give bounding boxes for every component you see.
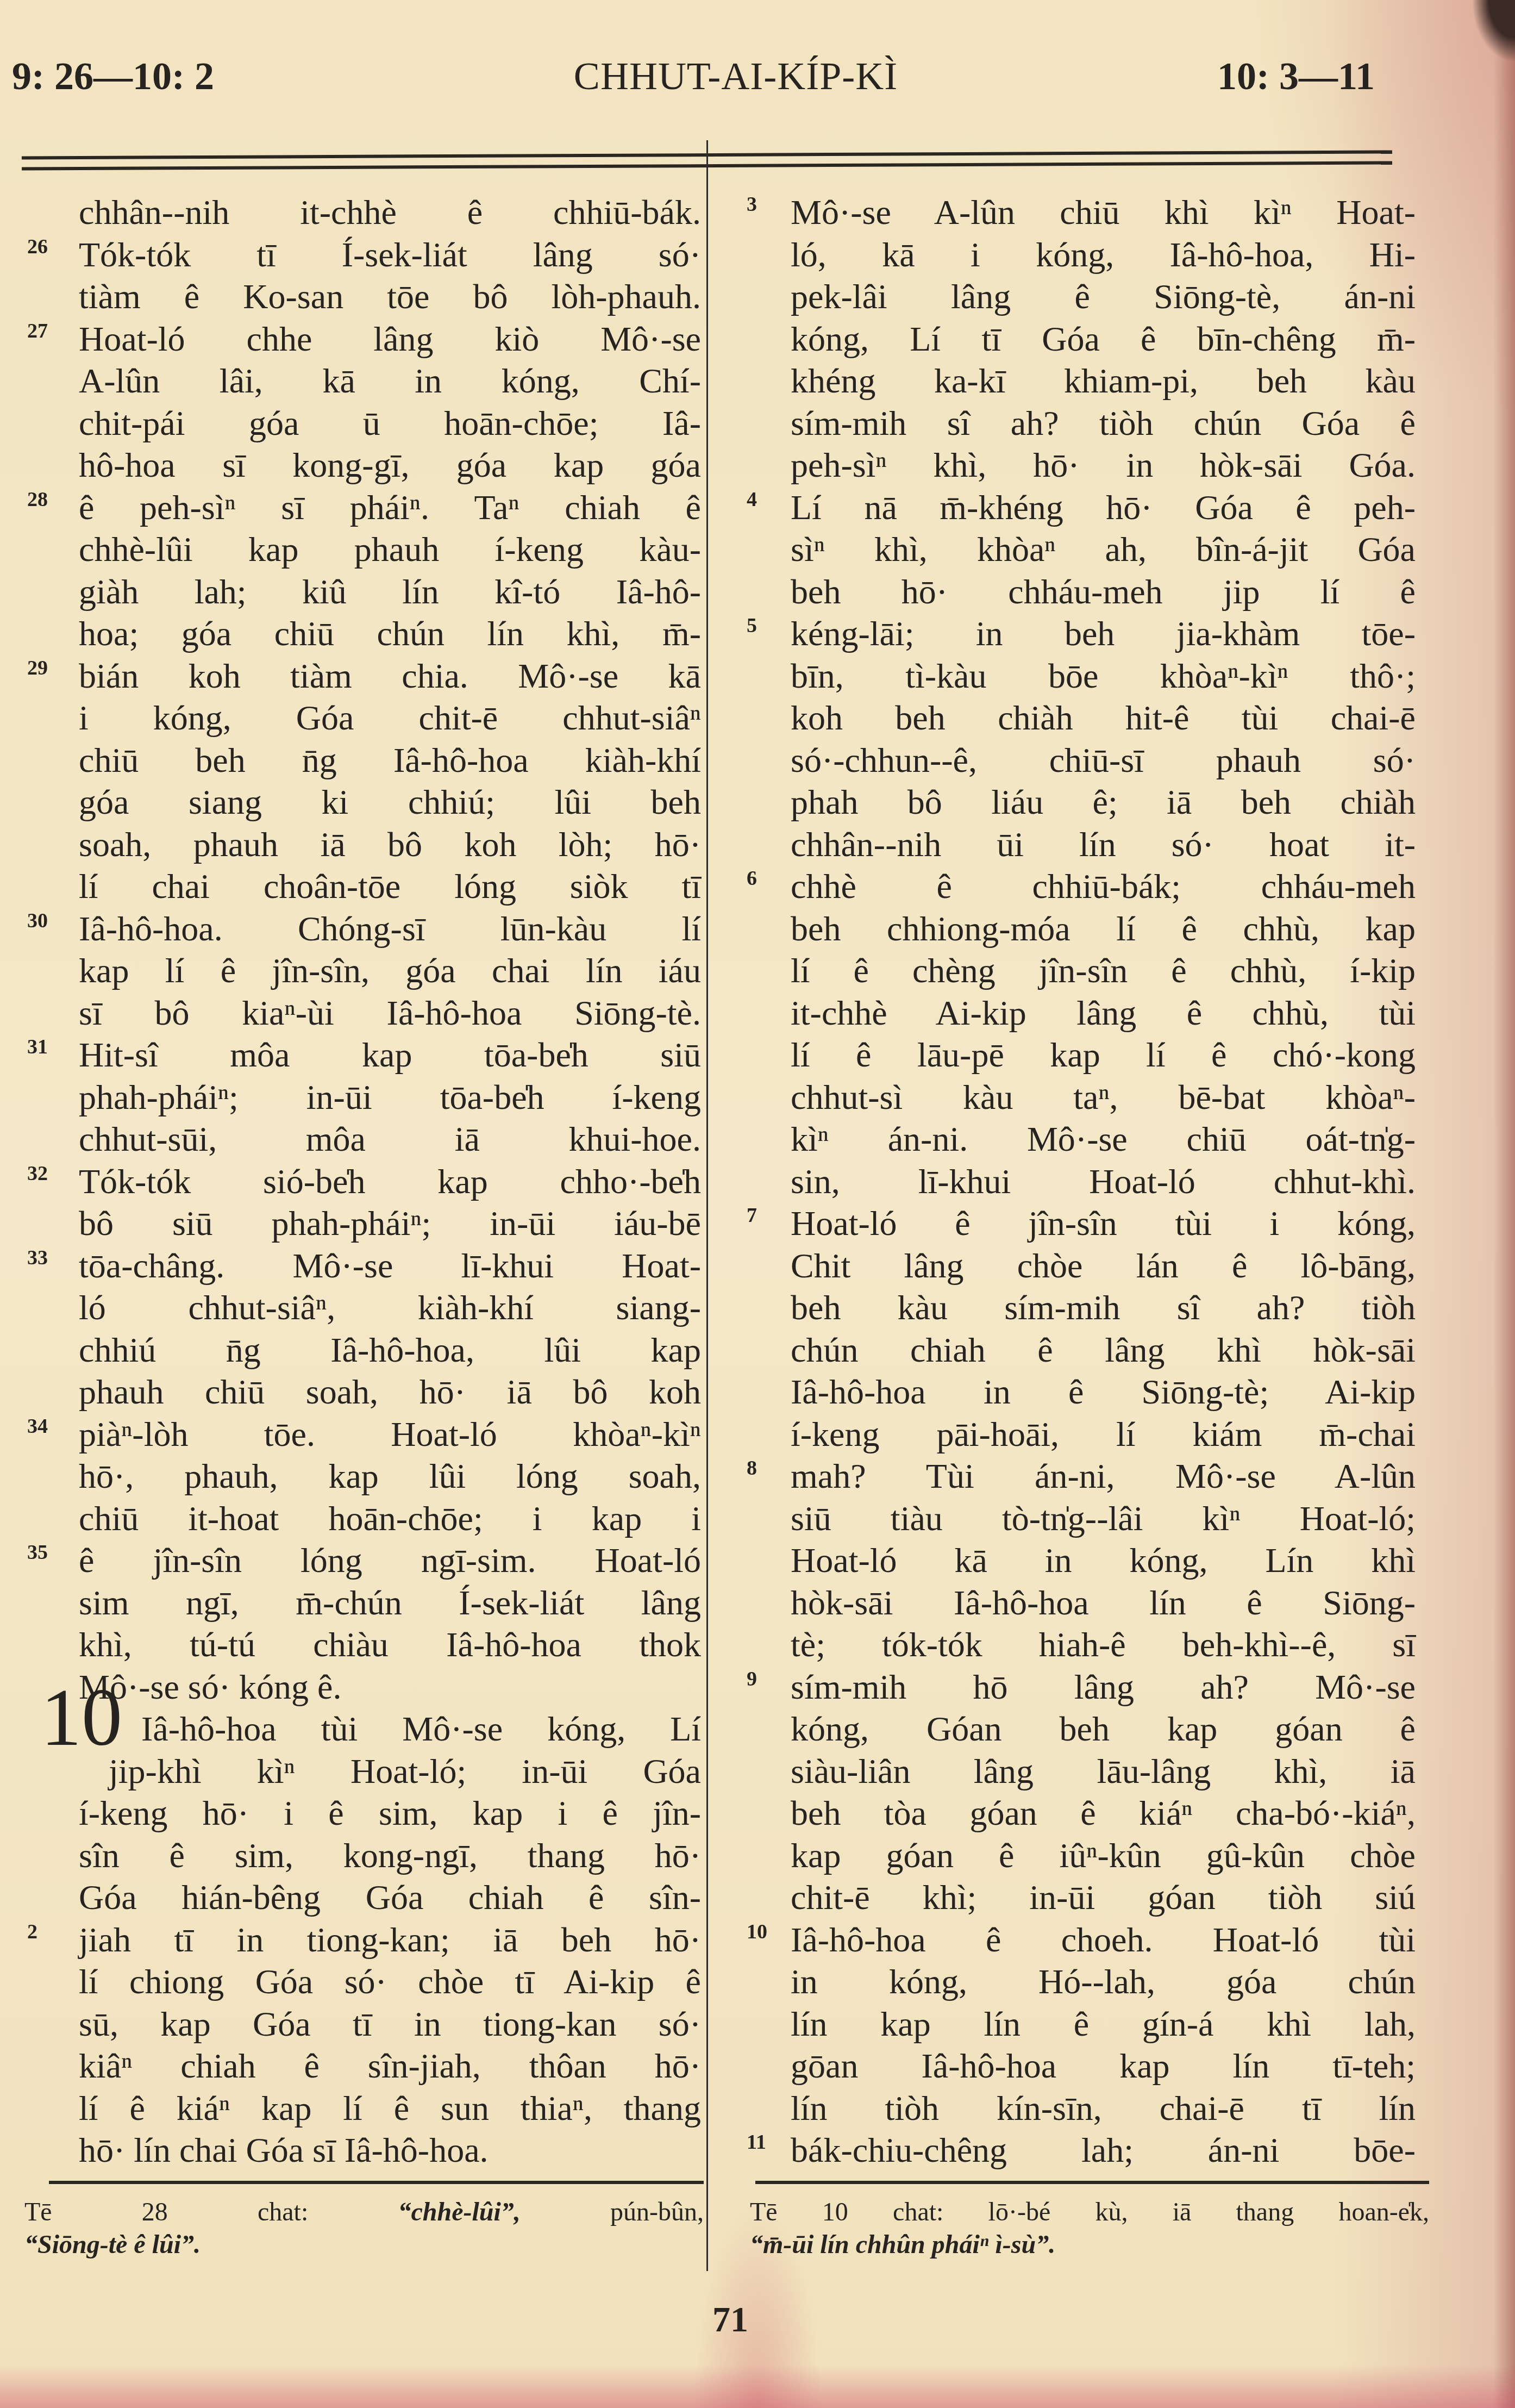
text-line: soah, phauh iā bô koh lòh; hō·	[0, 824, 704, 866]
verse-number: 27	[27, 310, 48, 353]
text-line: 8mah? Tùi án-ni, Mô·-se A-lûn	[712, 1455, 1418, 1498]
footnote-rule-right	[755, 2181, 1429, 2184]
verse-text: peh-sìⁿ khì, hō· in hòk-sāi Góa.	[791, 444, 1416, 486]
text-line: 4Lí nā m̄-khéng hō· Góa ê peh-	[712, 486, 1418, 529]
verse-text: sím-mih hō lâng ah? Mô·-se	[791, 1666, 1416, 1708]
text-line: Iâ-hô-hoa in ê Siōng-tè; Ai-kip	[712, 1371, 1418, 1413]
left-column: chhân--nih it-chhè ê chhiū-bák.26Tók-tók…	[0, 191, 704, 2172]
text-line: sim ngī, m̄-chún Í-sek-liát lâng	[0, 1582, 704, 1624]
verse-text: chiū beh n̄g Iâ-hô-hoa kiàh-khí	[79, 739, 701, 782]
footnote-right-line-1: Tē 10 chat: lō·-bé kù, iā thang hoan-e̍k…	[750, 2196, 1429, 2229]
text-line: 35ê jîn-sîn lóng ngī-sim. Hoat-ló	[0, 1539, 704, 1582]
verse-number: 33	[27, 1237, 48, 1280]
verse-text: hô-hoa sī kong-gī, góa kap góa	[79, 444, 701, 486]
text-line: lí ê chèng jîn-sîn ê chhù, í-kip	[712, 950, 1418, 992]
text-line: phauh chiū soah, hō· iā bô koh	[0, 1371, 704, 1413]
text-line: tè; tók-tók hiah-ê beh-khì--ê, sī	[712, 1624, 1418, 1666]
text-line: kap lí ê jîn-sîn, góa chai lín iáu	[0, 950, 704, 992]
footnote-right: Tē 10 chat: lō·-bé kù, iā thang hoan-e̍k…	[750, 2196, 1429, 2261]
right-column: 3Mô·-se A-lûn chiū khì kìⁿ Hoat-ló, kā i…	[712, 191, 1418, 2172]
verse-number: 35	[27, 1532, 48, 1574]
text-line: 33tōa-châng. Mô·-se lī-khui Hoat-	[0, 1245, 704, 1287]
verse-text: Chit lâng chòe lán ê lô-bāng,	[791, 1245, 1416, 1287]
verse-text: Mô·-se só· kóng ê.	[79, 1666, 701, 1708]
page-number-text: 71	[712, 2300, 748, 2340]
text-line: sîn ê sim, kong-ngī, thang hō·	[0, 1835, 704, 1877]
verse-number: 10	[747, 1911, 767, 1954]
text-line: lí chai choân-tōe lóng siòk tī	[0, 865, 704, 908]
text-line: lí ê kiáⁿ kap lí ê sun thiaⁿ, thang	[0, 2087, 704, 2130]
text-line: chún chiah ê lâng khì hòk-sāi	[712, 1329, 1418, 1371]
verse-text: soah, phauh iā bô koh lòh; hō·	[79, 824, 701, 866]
text-line: 7Hoat-ló ê jîn-sîn tùi i kóng,	[712, 1202, 1418, 1245]
text-line: ló chhut-siâⁿ, kiàh-khí siang-	[0, 1287, 704, 1329]
text-line: sī bô kiaⁿ-ùi Iâ-hô-hoa Siōng-tè.	[0, 992, 704, 1034]
text-line: hô-hoa sī kong-gī, góa kap góa	[0, 444, 704, 486]
text-line: chit-ē khì; in-ūi góan tiòh siú	[712, 1876, 1418, 1919]
verse-text: sîn ê sim, kong-ngī, thang hō·	[79, 1835, 701, 1877]
text-line: i kóng, Góa chit-ē chhut-siâⁿ	[0, 697, 704, 739]
verse-text: Iâ-hô-hoa tùi Mô·-se kóng, Lí	[141, 1708, 701, 1750]
verse-text: kóng, Lí tī Góa ê bīn-chêng m̄-	[791, 318, 1416, 360]
verse-text: bô siū phah-pháiⁿ; in-ūi iáu-bē	[79, 1202, 701, 1245]
verse-text: mah? Tùi án-ni, Mô·-se A-lûn	[791, 1455, 1416, 1498]
text-line: kap góan ê iûⁿ-kûn gû-kûn chòe	[712, 1835, 1418, 1877]
text-line: chiū beh n̄g Iâ-hô-hoa kiàh-khí	[0, 739, 704, 782]
verse-text: beh tòa góan ê kiáⁿ cha-bó·-kiáⁿ,	[791, 1792, 1416, 1835]
text-line: beh kàu sím-mih sî ah? tiòh	[712, 1287, 1418, 1329]
verse-text: kap góan ê iûⁿ-kûn gû-kûn chòe	[791, 1835, 1416, 1877]
verse-text: giàh lah; kiû lín kî-tó Iâ-hô-	[79, 571, 701, 613]
verse-text: chhè ê chhiū-bák; chháu-meh	[791, 865, 1416, 908]
verse-text: chiū it-hoat hoān-chōe; i kap i	[79, 1498, 701, 1540]
verse-text: bák-chiu-chêng lah; án-ni bōe-	[791, 2129, 1416, 2172]
verse-text: kap lí ê jîn-sîn, góa chai lín iáu	[79, 950, 701, 992]
chapter-number-drop: 10	[41, 1677, 122, 1758]
text-line: lí chiong Góa só· chòe tī Ai-kip ê	[0, 1961, 704, 2003]
verse-text: chit-ē khì; in-ūi góan tiòh siú	[791, 1876, 1416, 1919]
verse-text: lín kap lín ê gín-á khì lah,	[791, 2003, 1416, 2045]
verse-text: Hoat-ló kā in kóng, Lín khì	[791, 1539, 1416, 1582]
footnote-gloss: “m̄-ūi lín chhûn pháiⁿ ì-sù”.	[750, 2230, 1055, 2259]
verse-text: ló chhut-siâⁿ, kiàh-khí siang-	[79, 1287, 701, 1329]
text-line: 5kéng-lāi; in beh jia-khàm tōe-	[712, 613, 1418, 655]
text-line: beh tòa góan ê kiáⁿ cha-bó·-kiáⁿ,	[712, 1792, 1418, 1835]
verse-text: i kóng, Góa chit-ē chhut-siâⁿ	[79, 697, 701, 739]
text-line: 34piàⁿ-lòh tōe. Hoat-ló khòaⁿ-kìⁿ	[0, 1413, 704, 1456]
verse-text: góa siang ki chhiú; lûi beh	[79, 781, 701, 824]
verse-number: 34	[27, 1406, 48, 1448]
text-line: chiū it-hoat hoān-chōe; i kap i	[0, 1498, 704, 1540]
text-line: chhân--nih ūi lín só· hoat it-	[712, 824, 1418, 866]
verse-number: 28	[27, 479, 48, 521]
verse-text: chhiú n̄g Iâ-hô-hoa, lûi kap	[79, 1329, 701, 1371]
text-line: 26Tók-tók tī Í-sek-liát lâng só·	[0, 234, 704, 276]
verse-text: ló, kā i kóng, Iâ-hô-hoa, Hi-	[791, 234, 1416, 276]
text-line: in kóng, Hó--lah, góa chún	[712, 1961, 1418, 2003]
verse-text: chhut-sūi, môa iā khui-hoe.	[79, 1118, 701, 1161]
text-line: tiàm ê Ko-san tōe bô lòh-phauh.	[0, 276, 704, 318]
scanned-page: 9: 26—10: 2 CHHUT-AI-KÍP-KÌ 10: 3—11 chh…	[0, 0, 1515, 2408]
verse-number: 32	[27, 1153, 48, 1195]
text-line: giàh lah; kiû lín kî-tó Iâ-hô-	[0, 571, 704, 613]
verse-text: tè; tók-tók hiah-ê beh-khì--ê, sī	[791, 1624, 1416, 1666]
verse-text: bīn, tì-kàu bōe khòaⁿ-kìⁿ thô·;	[791, 655, 1416, 697]
verse-text: Lí nā m̄-khéng hō· Góa ê peh-	[791, 486, 1416, 529]
text-line: chhiú n̄g Iâ-hô-hoa, lûi kap	[0, 1329, 704, 1371]
text-line: chit-pái góa ū hoān-chōe; Iâ-	[0, 402, 704, 445]
text-line: só·-chhun--ê, chiū-sī phauh só·	[712, 739, 1418, 782]
verse-text: Tók-tók tī Í-sek-liát lâng só·	[79, 234, 701, 276]
verse-text: Iâ-hô-hoa. Chóng-sī lūn-kàu lí	[79, 908, 701, 950]
verse-text: Tók-tók sió-be̍h kap chho·-be̍h	[79, 1161, 701, 1203]
verse-text: lí chai choân-tōe lóng siòk tī	[79, 865, 701, 908]
verse-text: lí ê kiáⁿ kap lí ê sun thiaⁿ, thang	[79, 2087, 701, 2130]
footnote-term: “chhè-lûi”,	[398, 2198, 520, 2226]
verse-text: lí ê lāu-pē kap lí ê chó·-kong	[791, 1034, 1416, 1076]
verse-text: sī bô kiaⁿ-ùi Iâ-hô-hoa Siōng-tè.	[79, 992, 701, 1034]
verse-text: hòk-sāi Iâ-hô-hoa lín ê Siōng-	[791, 1582, 1416, 1624]
text-line: ló, kā i kóng, Iâ-hô-hoa, Hi-	[712, 234, 1418, 276]
text-line: 28ê peh-sìⁿ sī pháiⁿ. Taⁿ chiah ê	[0, 486, 704, 529]
verse-text: sim ngī, m̄-chún Í-sek-liát lâng	[79, 1582, 701, 1624]
text-line: chhut-sūi, môa iā khui-hoe.	[0, 1118, 704, 1161]
running-head-right-range: 10: 3—11	[1217, 52, 1375, 101]
text-line: 6chhè ê chhiū-bák; chháu-meh	[712, 865, 1418, 908]
verse-number: 5	[747, 605, 757, 647]
verse-text: Hit-sî môa kap tōa-be̍h siū	[79, 1034, 701, 1076]
text-line: 2jiah tī in tiong-kan; iā beh hō·	[0, 1919, 704, 1961]
verse-text: hoa; góa chiū chún lín khì, m̄-	[79, 613, 701, 655]
verse-text: sin, lī-khui Hoat-ló chhut-khì.	[791, 1161, 1416, 1203]
footnote-ref: Tē 28 chat:	[24, 2198, 308, 2226]
verse-text: kóng, Góan beh kap góan ê	[791, 1708, 1416, 1750]
verse-text: pek-lâi lâng ê Siōng-tè, án-ni	[791, 276, 1416, 318]
book-title: CHHUT-AI-KÍP-KÌ	[574, 52, 898, 101]
text-line: 27Hoat-ló chhe lâng kiò Mô·-se	[0, 318, 704, 360]
verse-text: chhut-sì kàu taⁿ, bē-bat khòaⁿ-	[791, 1076, 1416, 1119]
footnote-gloss: “Siōng-tè ê lûi”.	[24, 2230, 201, 2259]
verse-text: sū, kap Góa tī in tiong-kan só·	[79, 2003, 701, 2045]
verse-text: siàu-liân lâng lāu-lâng khì, iā	[791, 1750, 1416, 1793]
text-line: phah-pháiⁿ; in-ūi tōa-be̍h í-keng	[0, 1076, 704, 1119]
verse-text: sím-mih sî ah? tiòh chún Góa ê	[791, 402, 1416, 445]
text-line: 11bák-chiu-chêng lah; án-ni bōe-	[712, 2129, 1418, 2172]
text-line: 3Mô·-se A-lûn chiū khì kìⁿ Hoat-	[712, 191, 1418, 234]
verse-text: in kóng, Hó--lah, góa chún	[791, 1961, 1416, 2003]
verse-text: í-keng hō· i ê sim, kap i ê jîn-	[79, 1792, 701, 1835]
text-line: 30Iâ-hô-hoa. Chóng-sī lūn-kàu lí	[0, 908, 704, 950]
verse-text: kéng-lāi; in beh jia-khàm tōe-	[791, 613, 1416, 655]
verse-number: 26	[27, 226, 48, 269]
verse-text: kiâⁿ chiah ê sîn-jiah, thôan hō·	[79, 2045, 701, 2087]
verse-number: 8	[747, 1448, 757, 1490]
text-line: khì, tú-tú chiàu Iâ-hô-hoa thok	[0, 1624, 704, 1666]
verse-text: Hoat-ló ê jîn-sîn tùi i kóng,	[791, 1202, 1416, 1245]
verse-text: chhân--nih it-chhè ê chhiū-bák.	[79, 191, 701, 234]
verse-text: jip-khì kìⁿ Hoat-ló; in-ūi Góa	[109, 1750, 701, 1793]
verse-number: 31	[27, 1026, 48, 1069]
text-line: 9sím-mih hō lâng ah? Mô·-se	[712, 1666, 1418, 1708]
footnote-left-line-1: Tē 28 chat: “chhè-lûi”, pún-bûn,	[24, 2196, 704, 2229]
column-divider	[706, 140, 708, 2271]
text-line: koh beh chiàh hit-ê tùi chai-ē	[712, 697, 1418, 739]
verse-text: sìⁿ khì, khòaⁿ ah, bîn-á-jit Góa	[791, 528, 1416, 571]
text-line: chhè-lûi kap phauh í-keng kàu-	[0, 528, 704, 571]
text-line: kìⁿ án-ni. Mô·-se chiū oát-tn̍g-	[712, 1118, 1418, 1161]
text-line: í-keng hō· i ê sim, kap i ê jîn-	[0, 1792, 704, 1835]
verse-text: hō· lín chai Góa sī Iâ-hô-hoa.	[79, 2129, 701, 2172]
text-line: lín tiòh kín-sīn, chai-ē tī lín	[712, 2087, 1418, 2130]
verse-text: khéng ka-kī khiam-pi, beh kàu	[791, 360, 1416, 402]
text-line: kóng, Lí tī Góa ê bīn-chêng m̄-	[712, 318, 1418, 360]
text-line: peh-sìⁿ khì, hō· in hòk-sāi Góa.	[712, 444, 1418, 486]
text-line: kiâⁿ chiah ê sîn-jiah, thôan hō·	[0, 2045, 704, 2087]
text-line: A-lûn lâi, kā in kóng, Chí-	[0, 360, 704, 402]
text-line: lí ê lāu-pē kap lí ê chó·-kong	[712, 1034, 1418, 1076]
verse-text: koh beh chiàh hit-ê tùi chai-ē	[791, 697, 1416, 739]
verse-number: 7	[747, 1195, 757, 1237]
text-line: phah bô liáu ê; iā beh chiàh	[712, 781, 1418, 824]
text-line: lín kap lín ê gín-á khì lah,	[712, 2003, 1418, 2045]
verse-text: phah bô liáu ê; iā beh chiàh	[791, 781, 1416, 824]
verse-text: A-lûn lâi, kā in kóng, Chí-	[79, 360, 701, 402]
verse-text: piàⁿ-lòh tōe. Hoat-ló khòaⁿ-kìⁿ	[79, 1413, 701, 1456]
footnote-text: pún-bûn,	[610, 2198, 704, 2226]
verse-text: chhân--nih ūi lín só· hoat it-	[791, 824, 1416, 866]
verse-text: ê peh-sìⁿ sī pháiⁿ. Taⁿ chiah ê	[79, 486, 701, 529]
verse-text: hō·, phauh, kap lûi lóng soah,	[79, 1455, 701, 1498]
text-line: pek-lâi lâng ê Siōng-tè, án-ni	[712, 276, 1418, 318]
verse-text: jiah tī in tiong-kan; iā beh hō·	[79, 1919, 701, 1961]
page-number: 71	[0, 2299, 1515, 2341]
verse-text: phah-pháiⁿ; in-ūi tōa-be̍h í-keng	[79, 1076, 701, 1119]
verse-text: kìⁿ án-ni. Mô·-se chiū oát-tn̍g-	[791, 1118, 1416, 1161]
verse-number: 9	[747, 1658, 757, 1701]
text-line: Chit lâng chòe lán ê lô-bāng,	[712, 1245, 1418, 1287]
text-line: 10Iâ-hô-hoa ê choeh. Hoat-ló tùi	[712, 1919, 1418, 1961]
text-line: sìⁿ khì, khòaⁿ ah, bîn-á-jit Góa	[712, 528, 1418, 571]
text-line: í-keng pāi-hoāi, lí kiám m̄-chai	[712, 1413, 1418, 1456]
verse-text: lín tiòh kín-sīn, chai-ē tī lín	[791, 2087, 1416, 2130]
verse-text: Mô·-se A-lûn chiū khì kìⁿ Hoat-	[791, 191, 1416, 234]
footnote-left-line-2: “Siōng-tè ê lûi”.	[24, 2229, 704, 2261]
text-line: sin, lī-khui Hoat-ló chhut-khì.	[712, 1161, 1418, 1203]
verse-text: phauh chiū soah, hō· iā bô koh	[79, 1371, 701, 1413]
verse-number: 4	[747, 479, 757, 521]
text-line: kóng, Góan beh kap góan ê	[712, 1708, 1418, 1750]
verse-number: 2	[27, 1911, 37, 1954]
text-line: khéng ka-kī khiam-pi, beh kàu	[712, 360, 1418, 402]
verse-text: chún chiah ê lâng khì hòk-sāi	[791, 1329, 1416, 1371]
verse-number: 6	[747, 858, 757, 900]
verse-text: gōan Iâ-hô-hoa kap lín tī-teh;	[791, 2045, 1416, 2087]
text-line: Góa hián-bêng Góa chiah ê sîn-	[0, 1876, 704, 1919]
verse-text: beh hō· chháu-meh jip lí ê	[791, 571, 1416, 613]
text-line: beh chhiong-móa lí ê chhù, kap	[712, 908, 1418, 950]
verse-text: Iâ-hô-hoa ê choeh. Hoat-ló tùi	[791, 1919, 1416, 1961]
text-line: beh hō· chháu-meh jip lí ê	[712, 571, 1418, 613]
verse-number: 3	[747, 184, 757, 226]
verse-number: 30	[27, 900, 48, 943]
verse-text: Góa hián-bêng Góa chiah ê sîn-	[79, 1876, 701, 1919]
verse-text: tiàm ê Ko-san tōe bô lòh-phauh.	[79, 276, 701, 318]
verse-text: beh kàu sím-mih sî ah? tiòh	[791, 1287, 1416, 1329]
verse-text: lí ê chèng jîn-sîn ê chhù, í-kip	[791, 950, 1416, 992]
verse-text: tōa-châng. Mô·-se lī-khui Hoat-	[79, 1245, 701, 1287]
text-line: bīn, tì-kàu bōe khòaⁿ-kìⁿ thô·;	[712, 655, 1418, 697]
text-line: sím-mih sî ah? tiòh chún Góa ê	[712, 402, 1418, 445]
verse-text: siū tiàu tò-tn̍g--lâi kìⁿ Hoat-ló;	[791, 1498, 1416, 1540]
text-line: góa siang ki chhiú; lûi beh	[0, 781, 704, 824]
verse-number: 29	[27, 647, 48, 690]
footnote-right-line-2: “m̄-ūi lín chhûn pháiⁿ ì-sù”.	[750, 2229, 1429, 2261]
verse-text: í-keng pāi-hoāi, lí kiám m̄-chai	[791, 1413, 1416, 1456]
verse-text: khì, tú-tú chiàu Iâ-hô-hoa thok	[79, 1624, 701, 1666]
text-line: Hoat-ló kā in kóng, Lín khì	[712, 1539, 1418, 1582]
text-line: sū, kap Góa tī in tiong-kan só·	[0, 2003, 704, 2045]
text-line: siàu-liân lâng lāu-lâng khì, iā	[712, 1750, 1418, 1793]
verse-text: it-chhè Ai-kip lâng ê chhù, tùi	[791, 992, 1416, 1034]
text-line: 29bián koh tiàm chia. Mô·-se kā	[0, 655, 704, 697]
verse-text: Hoat-ló chhe lâng kiò Mô·-se	[79, 318, 701, 360]
text-line: hoa; góa chiū chún lín khì, m̄-	[0, 613, 704, 655]
verse-text: Iâ-hô-hoa in ê Siōng-tè; Ai-kip	[791, 1371, 1416, 1413]
page-edge-shadow	[1493, 0, 1515, 2408]
text-line: gōan Iâ-hô-hoa kap lín tī-teh;	[712, 2045, 1418, 2087]
verse-text: bián koh tiàm chia. Mô·-se kā	[79, 655, 701, 697]
text-line: chhân--nih it-chhè ê chhiū-bák.	[0, 191, 704, 234]
verse-text: chhè-lûi kap phauh í-keng kàu-	[79, 528, 701, 571]
verse-text: ê jîn-sîn lóng ngī-sim. Hoat-ló	[79, 1539, 701, 1582]
verse-number: 11	[747, 2122, 766, 2164]
text-line: hòk-sāi Iâ-hô-hoa lín ê Siōng-	[712, 1582, 1418, 1624]
text-line: 32Tók-tók sió-be̍h kap chho·-be̍h	[0, 1161, 704, 1203]
text-line: chhut-sì kàu taⁿ, bē-bat khòaⁿ-	[712, 1076, 1418, 1119]
text-line: hō· lín chai Góa sī Iâ-hô-hoa.	[0, 2129, 704, 2172]
verse-text: lí chiong Góa só· chòe tī Ai-kip ê	[79, 1961, 701, 2003]
footnote-rule-left	[49, 2181, 704, 2184]
verse-text: só·-chhun--ê, chiū-sī phauh só·	[791, 739, 1416, 782]
text-line: 31Hit-sî môa kap tōa-be̍h siū	[0, 1034, 704, 1076]
text-line: it-chhè Ai-kip lâng ê chhù, tùi	[712, 992, 1418, 1034]
verse-text: chit-pái góa ū hoān-chōe; Iâ-	[79, 402, 701, 445]
page-edge-stain	[0, 2365, 1515, 2408]
text-line: siū tiàu tò-tn̍g--lâi kìⁿ Hoat-ló;	[712, 1498, 1418, 1540]
text-line: hō·, phauh, kap lûi lóng soah,	[0, 1455, 704, 1498]
footnote-left: Tē 28 chat: “chhè-lûi”, pún-bûn, “Siōng-…	[24, 2196, 704, 2261]
text-line: bô siū phah-pháiⁿ; in-ūi iáu-bē	[0, 1202, 704, 1245]
verse-text: beh chhiong-móa lí ê chhù, kap	[791, 908, 1416, 950]
